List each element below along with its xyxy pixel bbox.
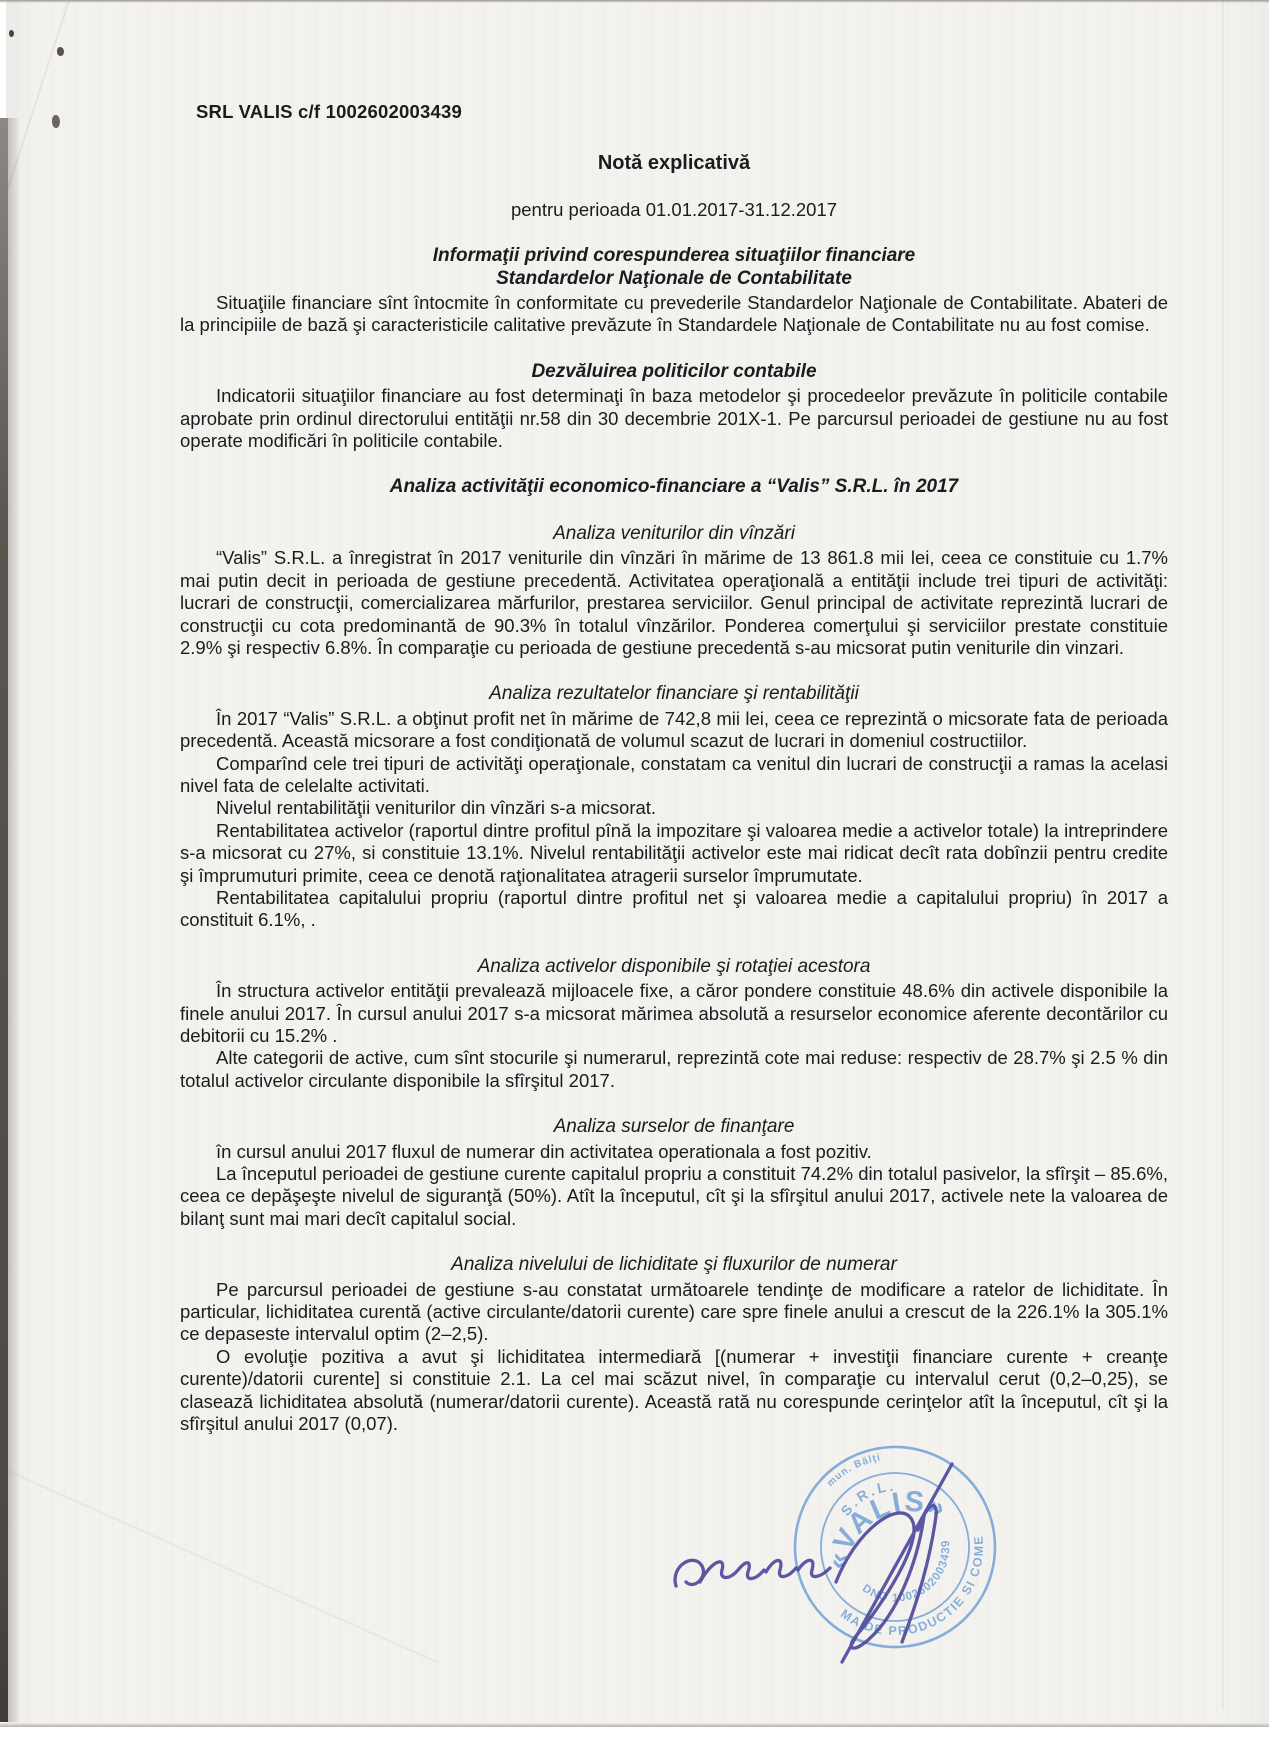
section: Informaţii privind corespunderea situaţi… <box>180 245 1168 337</box>
signature-stroke <box>766 1560 796 1576</box>
section-heading-line: Informaţii privind corespunderea situaţi… <box>180 245 1168 267</box>
paragraph: Rentabilitatea activelor (raportul dintr… <box>180 820 1168 887</box>
paragraph: La începutul perioadei de gestiune curen… <box>180 1163 1168 1230</box>
document-sections: Informaţii privind corespunderea situaţi… <box>180 245 1168 1435</box>
scanner-bed-bottom <box>0 1727 1276 1755</box>
scan-streak <box>1222 0 1224 1710</box>
scanned-document-page: SRL VALIS c/f 1002602003439 Notă explica… <box>0 0 1276 1755</box>
section-heading: Analiza surselor de finanţare <box>180 1116 1168 1138</box>
paragraph: Pe parcursul perioadei de gestiune s-au … <box>180 1279 1168 1346</box>
paragraph: Comparînd cele trei tipuri de activităţi… <box>180 753 1168 798</box>
section-heading: Analiza rezultatelor financiare şi renta… <box>180 683 1168 705</box>
paragraph: În 2017 “Valis” S.R.L. a obţinut profit … <box>180 708 1168 753</box>
section: Dezvăluirea politicilor contabileIndicat… <box>180 361 1168 453</box>
section-heading-line: Analiza activităţii economico-financiare… <box>180 476 1168 498</box>
section-heading-line: Analiza veniturilor din vînzări <box>180 523 1168 545</box>
signature <box>650 1430 990 1680</box>
paragraph: în cursul anului 2017 fluxul de numerar … <box>180 1141 1168 1163</box>
signature-stroke <box>842 1464 952 1662</box>
section-heading: Dezvăluirea politicilor contabile <box>180 361 1168 383</box>
section-heading-line: Analiza nivelului de lichiditate şi flux… <box>180 1254 1168 1276</box>
section-heading: Analiza activelor disponibile şi rotaţie… <box>180 956 1168 978</box>
section-heading: Analiza activităţii economico-financiare… <box>180 476 1168 498</box>
paragraph: Alte categorii de active, cum sînt stocu… <box>180 1047 1168 1092</box>
paragraph: Indicatorii situaţiilor financiare au fo… <box>180 385 1168 452</box>
scan-left-edge <box>0 118 8 1722</box>
section: Analiza veniturilor din vînzări“Valis” S… <box>180 523 1168 659</box>
paragraph: “Valis” S.R.L. a înregistrat în 2017 ven… <box>180 547 1168 659</box>
document-text-block: SRL VALIS c/f 1002602003439 Notă explica… <box>180 0 1168 1436</box>
document-title: Notă explicativă <box>180 152 1168 174</box>
document-period: pentru perioada 01.01.2017-31.12.2017 <box>180 199 1168 221</box>
section: Analiza activităţii economico-financiare… <box>180 476 1168 498</box>
signature-stroke <box>798 1560 830 1576</box>
company-registration-line: SRL VALIS c/f 1002602003439 <box>196 101 1168 123</box>
section-heading: Informaţii privind corespunderea situaţi… <box>180 245 1168 290</box>
section-heading-line: Analiza surselor de finanţare <box>180 1116 1168 1138</box>
section-heading-line: Analiza activelor disponibile şi rotaţie… <box>180 956 1168 978</box>
section: Analiza nivelului de lichiditate şi flux… <box>180 1254 1168 1435</box>
scan-top-edge <box>0 0 1276 3</box>
ink-speck <box>9 30 14 37</box>
paragraph: Nivelul rentabilităţii veniturilor din v… <box>180 797 1168 819</box>
section-heading: Analiza veniturilor din vînzări <box>180 523 1168 545</box>
section: Analiza activelor disponibile şi rotaţie… <box>180 956 1168 1092</box>
section-heading-line: Dezvăluirea politicilor contabile <box>180 361 1168 383</box>
signature-stroke <box>700 1562 764 1582</box>
signature-stroke <box>836 1513 924 1648</box>
paragraph: Rentabilitatea capitalului propriu (rapo… <box>180 887 1168 932</box>
scan-left-edge-shadow <box>8 118 20 1722</box>
paragraph: Situaţiile financiare sînt întocmite în … <box>180 292 1168 337</box>
section-heading: Analiza nivelului de lichiditate şi flux… <box>180 1254 1168 1276</box>
section: Analiza rezultatelor financiare şi renta… <box>180 683 1168 931</box>
ink-speck <box>52 115 60 128</box>
paragraph: În structura activelor entităţii prevale… <box>180 980 1168 1047</box>
section-heading-line: Standardelor Naţionale de Contabilitate <box>180 268 1168 290</box>
ink-speck <box>57 47 64 56</box>
section-heading-line: Analiza rezultatelor financiare şi renta… <box>180 683 1168 705</box>
section: Analiza surselor de finanţareîn cursul a… <box>180 1116 1168 1230</box>
scanner-bed-right <box>1269 0 1276 1755</box>
